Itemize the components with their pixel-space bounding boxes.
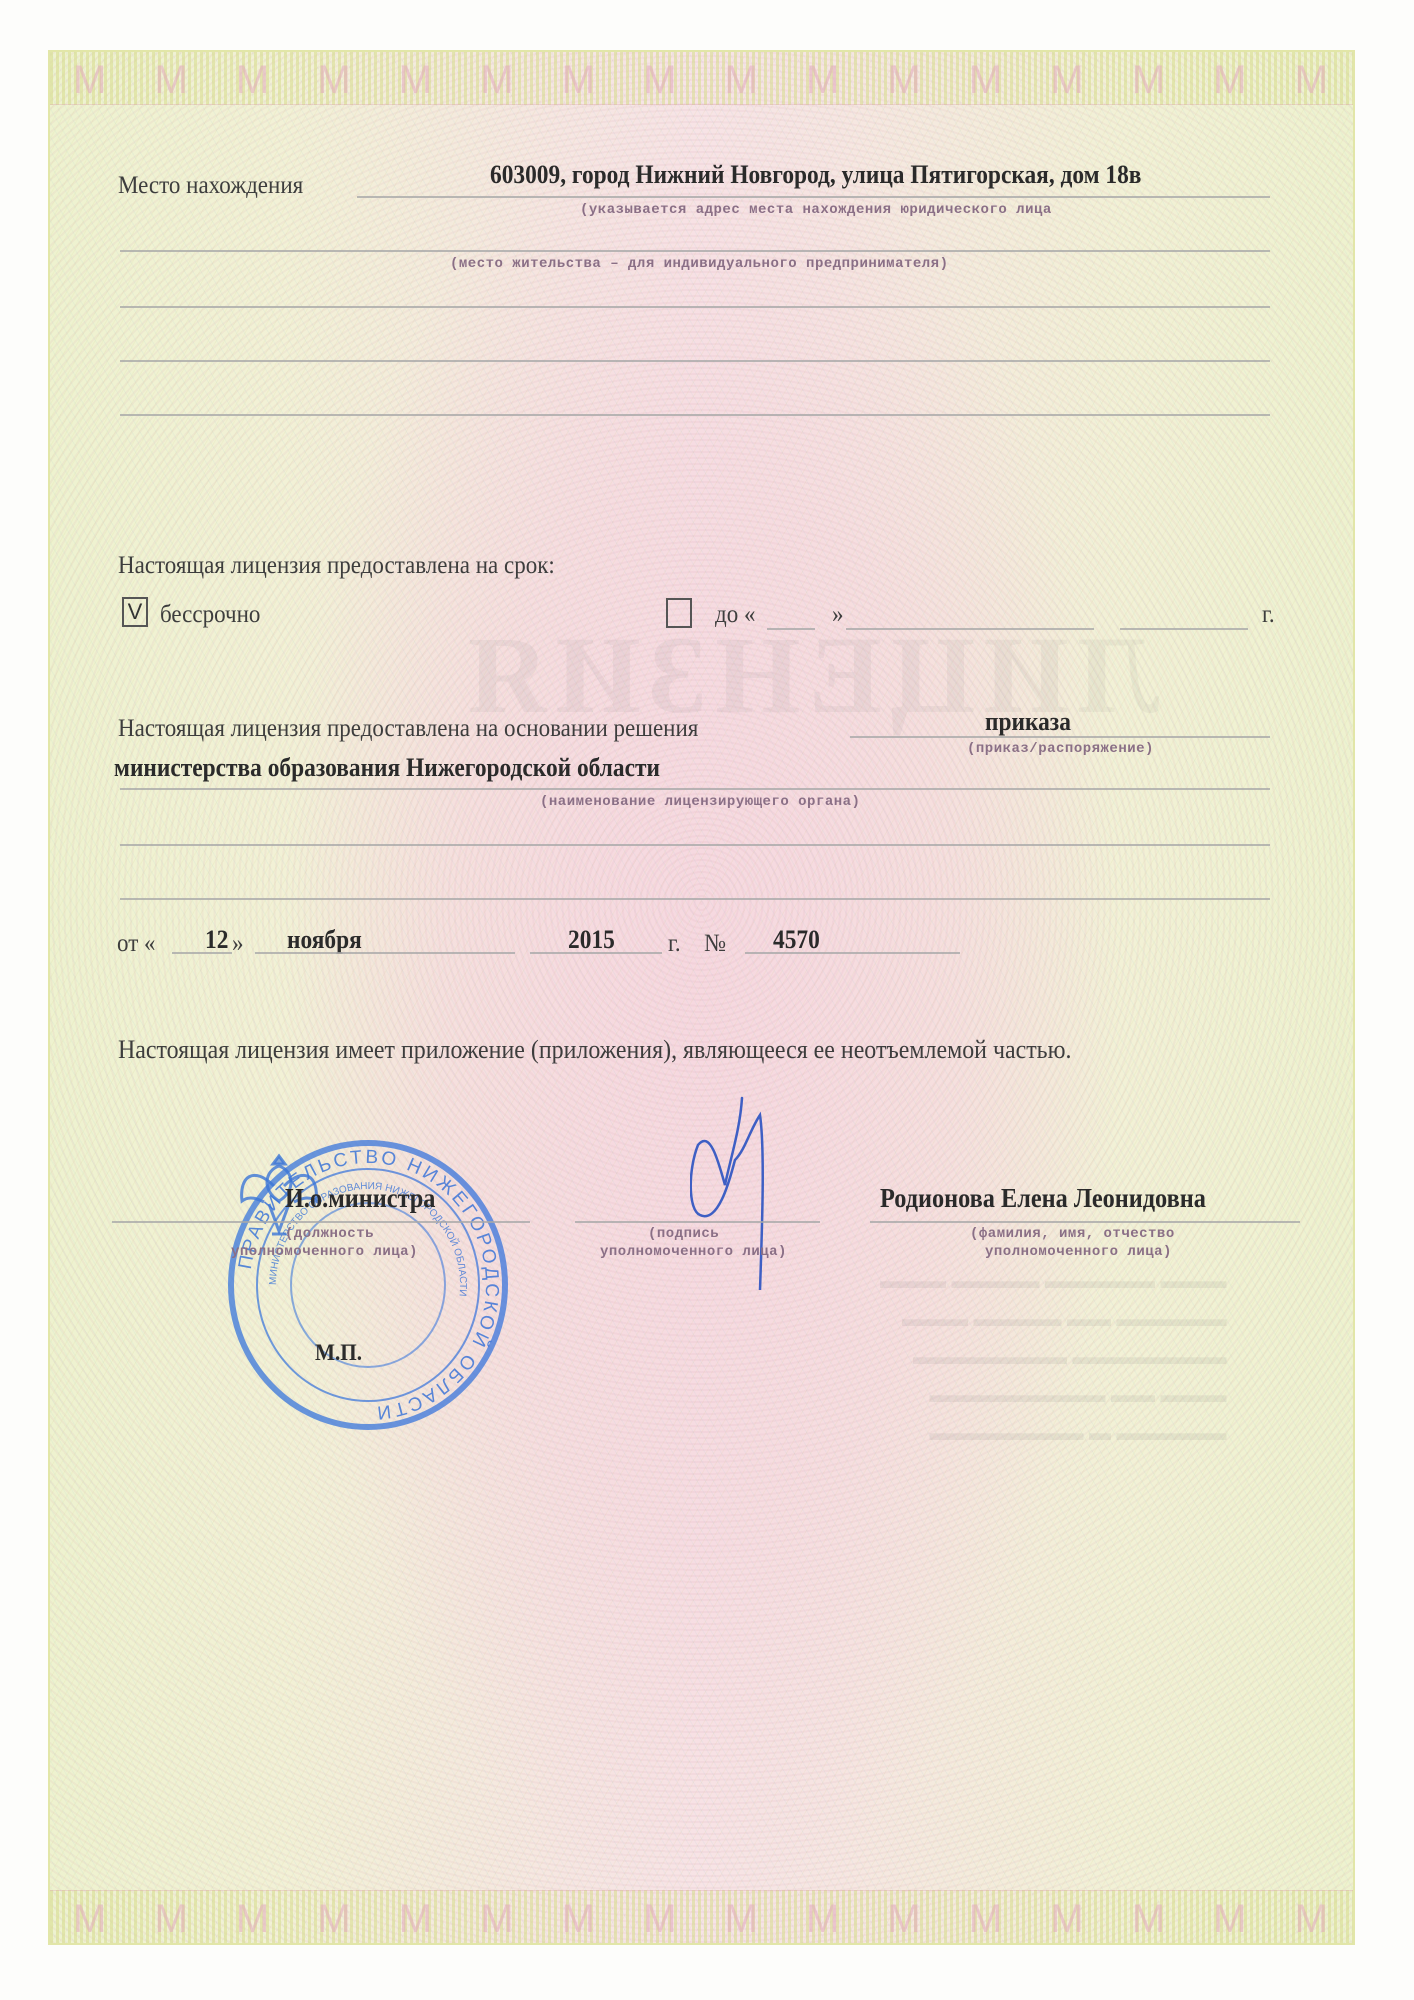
order-quote-close: » — [232, 930, 244, 958]
signatory-position: И.о.министра — [285, 1183, 435, 1214]
name-line — [870, 1221, 1300, 1223]
basis-label: Настоящая лицензия предоставлена на осно… — [118, 715, 698, 743]
indefinite-label: бессрочно — [160, 601, 260, 629]
signature-hint-line1: (подпись — [648, 1226, 719, 1242]
order-from-prefix: от « — [117, 930, 156, 958]
order-year-suffix: г. — [668, 930, 681, 958]
name-hint-line2: уполномоченного лица) — [985, 1244, 1172, 1260]
until-year-suffix: г. — [1262, 601, 1275, 629]
licensing-authority: министерства образования Нижегородской о… — [114, 753, 660, 783]
until-day-line — [767, 628, 815, 630]
authority-hint: (наименование лицензирующего органа) — [540, 794, 860, 810]
license-sheet: MMMMMMMMMMMMMMMM MMMMMMMMMMMMMMMM ЛИЦЕНЗ… — [48, 50, 1355, 1945]
blank-line-4 — [120, 844, 1270, 846]
individual-line — [120, 250, 1270, 252]
decision-type: приказа — [985, 707, 1071, 737]
appendix-note: Настоящая лицензия имеет приложение (при… — [118, 1035, 1071, 1065]
top-border-band: MMMMMMMMMMMMMMMM — [50, 52, 1353, 105]
guilloche-background — [50, 52, 1353, 1943]
order-day: 12 — [205, 925, 228, 955]
until-month-line — [846, 628, 1094, 630]
handwritten-signature — [690, 1090, 800, 1290]
order-year: 2015 — [568, 925, 615, 955]
order-number-sign: № — [704, 930, 726, 958]
position-hint-line1: (должность — [285, 1226, 374, 1242]
location-label: Место нахождения — [118, 172, 303, 200]
position-hint-line2: уполномоченного лица) — [231, 1244, 418, 1260]
order-month: ноября — [287, 925, 362, 955]
authority-line — [120, 788, 1270, 790]
indefinite-checkbox[interactable]: V — [122, 597, 148, 627]
blank-line-1 — [120, 306, 1270, 308]
decision-type-line — [850, 736, 1270, 738]
order-month-line — [255, 952, 515, 954]
check-mark: V — [128, 599, 143, 625]
blank-line-3 — [120, 414, 1270, 416]
seal-mark: М.П. — [315, 1340, 362, 1366]
location-hint-individual: (место жительства – для индивидуального … — [450, 256, 948, 272]
until-quote-close: » — [832, 601, 844, 629]
reverse-bleed-body: ▬▬▬ ▬▬▬▬▬ ▬▬▬▬ ▬▬▬▬▬▬▬▬ ▬▬ ▬▬▬▬ ▬▬▬▬▬▬▬▬… — [880, 1262, 1227, 1452]
until-checkbox[interactable] — [666, 598, 692, 628]
order-day-line — [172, 952, 232, 954]
name-hint-line1: (фамилия, имя, отчество — [970, 1226, 1175, 1242]
order-year-line — [530, 952, 662, 954]
decision-type-hint: (приказ/распоряжение) — [967, 741, 1154, 757]
bottom-border-band: MMMMMMMMMMMMMMMM — [50, 1890, 1353, 1943]
blank-line-2 — [120, 360, 1270, 362]
signatory-name: Родионова Елена Леонидовна — [880, 1183, 1206, 1214]
order-number: 4570 — [773, 925, 820, 955]
location-line — [357, 196, 1270, 198]
until-year-line — [1120, 628, 1248, 630]
order-number-line — [745, 952, 960, 954]
term-heading: Настоящая лицензия предоставлена на срок… — [118, 552, 555, 580]
location-hint-legal: (указывается адрес места нахождения юрид… — [580, 202, 1052, 218]
until-prefix: до « — [715, 601, 755, 629]
position-line — [112, 1221, 530, 1223]
signature-hint-line2: уполномоченного лица) — [600, 1244, 787, 1260]
location-value: 603009, город Нижний Новгород, улица Пят… — [490, 160, 1141, 190]
signature-line — [575, 1221, 820, 1223]
blank-line-5 — [120, 898, 1270, 900]
